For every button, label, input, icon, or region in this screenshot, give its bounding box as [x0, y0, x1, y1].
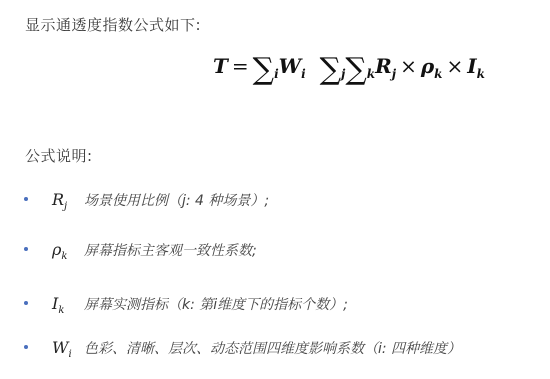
item-description: 屏幕实测指标（k: 第i维度下的指标个数）;: [84, 294, 348, 314]
sum-index-k: k: [367, 67, 375, 81]
list-item: Wi 色彩、清晰、层次、动态范围四维度影响系数（i: 四种维度）: [24, 338, 461, 360]
bullet-icon: [24, 197, 28, 201]
formula-w-sub: i: [301, 67, 306, 81]
intro-text: 显示通透度指数公式如下:: [25, 14, 201, 35]
bullet-icon: [24, 247, 28, 251]
item-description: 屏幕指标主客观一致性系数;: [84, 240, 257, 260]
formula: T=∑iWi ∑j∑kRj×ρk×Ik: [213, 52, 485, 87]
bullet-icon: [24, 345, 28, 349]
section-title: 公式说明:: [25, 145, 93, 166]
formula-i: I: [467, 54, 476, 78]
bullet-icon: [24, 301, 28, 305]
formula-t: T: [213, 54, 228, 78]
formula-rho-sub: k: [434, 67, 442, 81]
sum-symbol: ∑: [345, 52, 366, 87]
formula-rho: ρ: [421, 54, 434, 78]
item-description: 场景使用比例（j: 4 种场景）;: [84, 190, 269, 210]
formula-w: W: [279, 54, 301, 78]
formula-r-sub: j: [392, 67, 396, 81]
list-item: Ik 屏幕实测指标（k: 第i维度下的指标个数）;: [24, 294, 348, 316]
list-item: ρk 屏幕指标主客观一致性系数;: [24, 240, 257, 262]
equals-sign: =: [232, 54, 249, 78]
formula-r: R: [375, 54, 392, 78]
sum-symbol: ∑: [320, 52, 341, 87]
sum-symbol: ∑: [253, 52, 274, 87]
item-symbol: Ik: [52, 294, 84, 316]
times-sign: ×: [400, 54, 417, 78]
item-symbol: Wi: [52, 338, 84, 360]
list-item: Rj 场景使用比例（j: 4 种场景）;: [24, 190, 269, 212]
item-symbol: ρk: [52, 240, 84, 262]
item-symbol: Rj: [52, 190, 84, 212]
item-description: 色彩、清晰、层次、动态范围四维度影响系数（i: 四种维度）: [84, 338, 461, 358]
formula-i-sub: k: [477, 67, 485, 81]
times-sign: ×: [447, 54, 464, 78]
